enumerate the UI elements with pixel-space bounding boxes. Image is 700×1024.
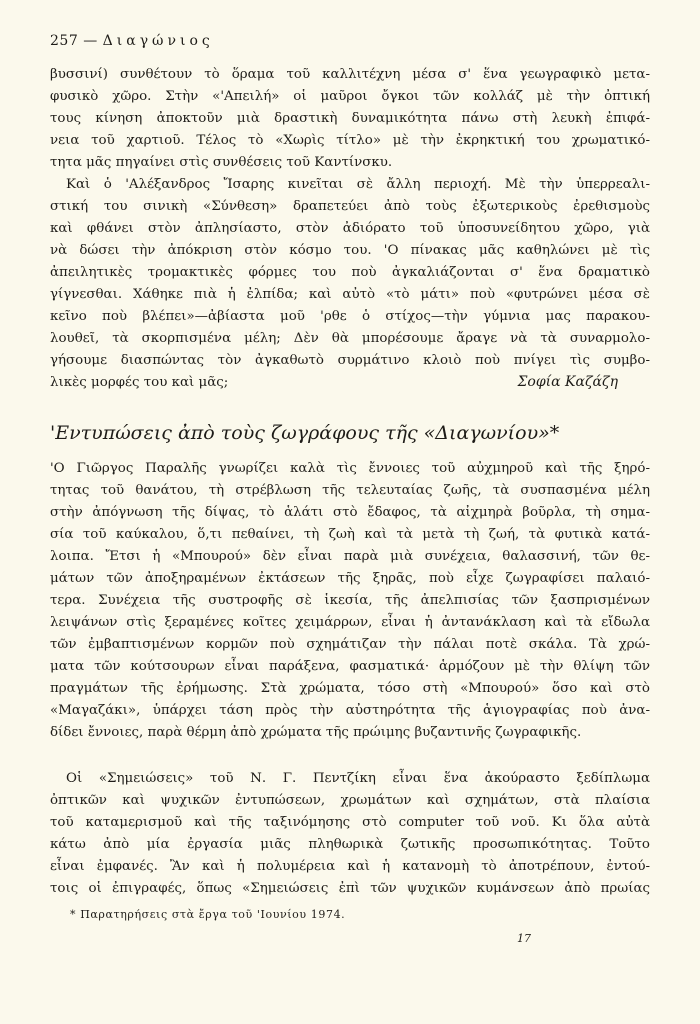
text-line: φυσικὸ χῶρο. Στὴν «'Απειλή» οἱ μαῦροι ὄγ…	[50, 86, 650, 108]
text-line: πραγμάτων τῆς ἐρήμωσης. Στὰ χρώματα, τόσ…	[50, 678, 650, 700]
text-line: κάτω ἀπὸ μία ἐργασία μιᾶς πληθωρικὰ ζωτι…	[50, 834, 650, 856]
text-line: σία τοῦ καύκαλου, ὅ,τι πεθαίνει, τὴ ζωὴ …	[50, 524, 650, 546]
running-head: 257 — Διαγώνιος	[50, 33, 214, 49]
text-line: στὴν ἀπόγνωση τῆς δίψας, τὸ ἁλάτι στὸ ἔδ…	[50, 502, 650, 524]
text-line: καὶ φθάνει στὸν ἀπλησίαστο, στὸν ἀδιόρατ…	[50, 218, 650, 240]
text-line: Καὶ ὁ 'Αλέξανδρος Ἴσαρης κινεῖται σὲ ἄλλ…	[66, 174, 650, 196]
footnote: * Παρατηρήσεις στὰ ἔργα τοῦ 'Ιουνίου 197…	[70, 908, 345, 921]
text-line: ματα τῶν κούτσουρων εἶναι παράξενα, φασμ…	[50, 656, 650, 678]
text-line: τερα. Συνέχεια τῆς συστροφῆς σὲ ἱκεσία, …	[50, 590, 650, 612]
text-line: μάτων τῶν ἀποξηραμένων ἐκτάσεων τῆς ξηρᾶ…	[50, 568, 650, 590]
text-line: τοῦ καταμερισμοῦ καὶ τῆς ταξινόμησης στὸ…	[50, 812, 650, 834]
text-line: λειψάνων στὶς ξεραμένες κοῖτες χειμάρρων…	[50, 612, 650, 634]
text-line: λουθεῖ, τὰ σκορπισμένα μέλη; Δὲν θὰ μπορ…	[50, 328, 650, 350]
text-line: τῶν ἐμβαπτισμένων κορμῶν ποὺ σχημάτιζαν …	[50, 634, 650, 656]
text-line: ὀπτικῶν καὶ ψυχικῶν ἐντυπώσεων, χρωμάτων…	[50, 790, 650, 812]
text-line: Οἱ «Σημειώσεις» τοῦ Ν. Γ. Πεντζίκη εἶναι…	[66, 768, 650, 790]
text-line: τοις οἱ ἐπιγραφές, ὅπως «Σημειώσεις ἐπὶ …	[50, 878, 650, 900]
document-page: 257 — Διαγώνιος βυσσινί) συνθέτουν τὸ ὅρ…	[0, 0, 700, 1024]
text-line: λοιπα. Ἔτσι ἡ «Μπουρού» δὲν εἶναι παρὰ μ…	[50, 546, 650, 568]
text-line: «Μαγαζάκι», ὑπάρχει τάση πρὸς τὴν αὐστηρ…	[50, 700, 650, 722]
page-number: 257	[50, 33, 78, 49]
text-line: εἶναι ἐμφανές. Ἂν καὶ ἡ πολυμέρεια καὶ ἡ…	[50, 856, 650, 878]
text-line: νεια τοῦ χαρτιοῦ. Τέλος τὸ «Χωρὶς τίτλο»…	[50, 130, 650, 152]
text-line: 'Ο Γιῶργος Παραλῆς γνωρίζει καλὰ τὶς ἔνν…	[50, 458, 650, 480]
text-line: τους κίνηση ἀποκτοῦν μιὰ δραστικὴ δυναμι…	[50, 108, 650, 130]
text-line: στική του σινικὴ «Σύνθεση» δραπετεύει ἀπ…	[50, 196, 650, 218]
text-line: βυσσινί) συνθέτουν τὸ ὅραμα τοῦ καλλιτέχ…	[50, 64, 650, 86]
text-line: γίγνεσθαι. Χάθηκε πιὰ ἡ ἐλπίδα; καὶ αὐτὸ…	[50, 284, 650, 306]
journal-name: Διαγώνιος	[103, 33, 214, 49]
text-line: τητας τοῦ θανάτου, τὴ στρέβλωση τῆς τελε…	[50, 480, 650, 502]
section-title: 'Εντυπώσεις ἀπὸ τοὺς ζωγράφους τῆς «Διαγ…	[50, 422, 559, 444]
text-line: τητα μᾶς πηγαίνει στὶς συνθέσεις τοῦ Καν…	[50, 152, 650, 174]
text-line: νὰ δώσει τὴν ἀπόκριση στὸν κόσμο του. 'Ο…	[50, 240, 650, 262]
text-line: ἀπειλητικὲς τρομακτικὲς φόρμες του ποὺ ἀ…	[50, 262, 650, 284]
header-dash: —	[83, 33, 98, 49]
text-line: κεῖνο ποὺ βλέπει»—ἀβίαστα μοῦ 'ρθε ὁ στί…	[50, 306, 650, 328]
text-line: δίδει ἔννοιες, παρὰ θέρμη ἀπὸ χρώματα τῆ…	[50, 722, 650, 744]
folio-number: 17	[517, 932, 531, 945]
text-line: γήσουμε διασπώντας τὸν ἀγκαθωτὸ συρμάτιν…	[50, 350, 650, 372]
author-signature: Σοφία Καζάζη	[518, 374, 618, 390]
